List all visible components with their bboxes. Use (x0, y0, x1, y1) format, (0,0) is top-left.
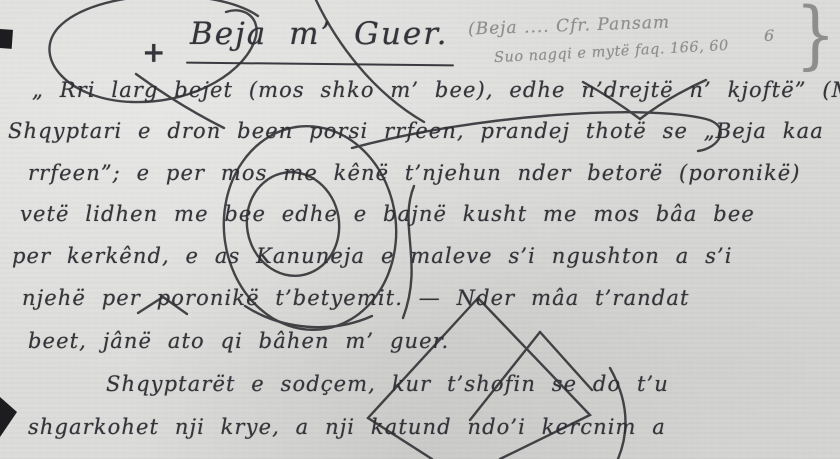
manuscript-line-6: njehë per poronikë t’betyemit. — Nder mâ… (22, 286, 690, 310)
manuscript-line-2: Shqyptari e dron been porsi rrfeen, pran… (8, 119, 824, 143)
title-underline (186, 62, 454, 67)
manuscript-line-9: shgarkohet nji krye, a nji katund ndo’i … (28, 415, 666, 439)
manuscript-line-3: rrfeen”; e per mos me kênë t’njehun nder… (28, 161, 801, 185)
manuscript-line-7: beet, jânë ato qi bâhen m’ guer. (28, 329, 449, 353)
scan-artifact-triangle (0, 397, 17, 437)
scan-artifact-square (0, 29, 13, 49)
title-plus-mark: + (142, 36, 165, 69)
manuscript-line-4: vetë lidhen me bee edhe e bajnë kusht me… (20, 202, 755, 226)
page-title: Beja m’ Guer. (190, 16, 449, 52)
manuscript-line-8: Shqyptarët e sodçem, kur t’shofin se do … (106, 372, 669, 396)
manuscript-line-1: „ Rri larg bejet (mos shko m’ bee), edhe… (32, 78, 840, 102)
pencil-note-line2: Suo nagqi e mytë faq. 166, 60 (494, 38, 729, 66)
scan-artifacts (0, 29, 17, 437)
pencil-note-line1: (Beja .... Cfr. Pansam (468, 12, 671, 39)
pencil-brace: } (796, 0, 836, 78)
manuscript-page: + Beja m’ Guer. (Beja .... Cfr. Pansam S… (0, 0, 840, 459)
pencil-note-superscript: 6 (764, 26, 774, 45)
manuscript-line-5: per kerkênd, e as Kanuneja e maleve s’i … (12, 244, 733, 268)
